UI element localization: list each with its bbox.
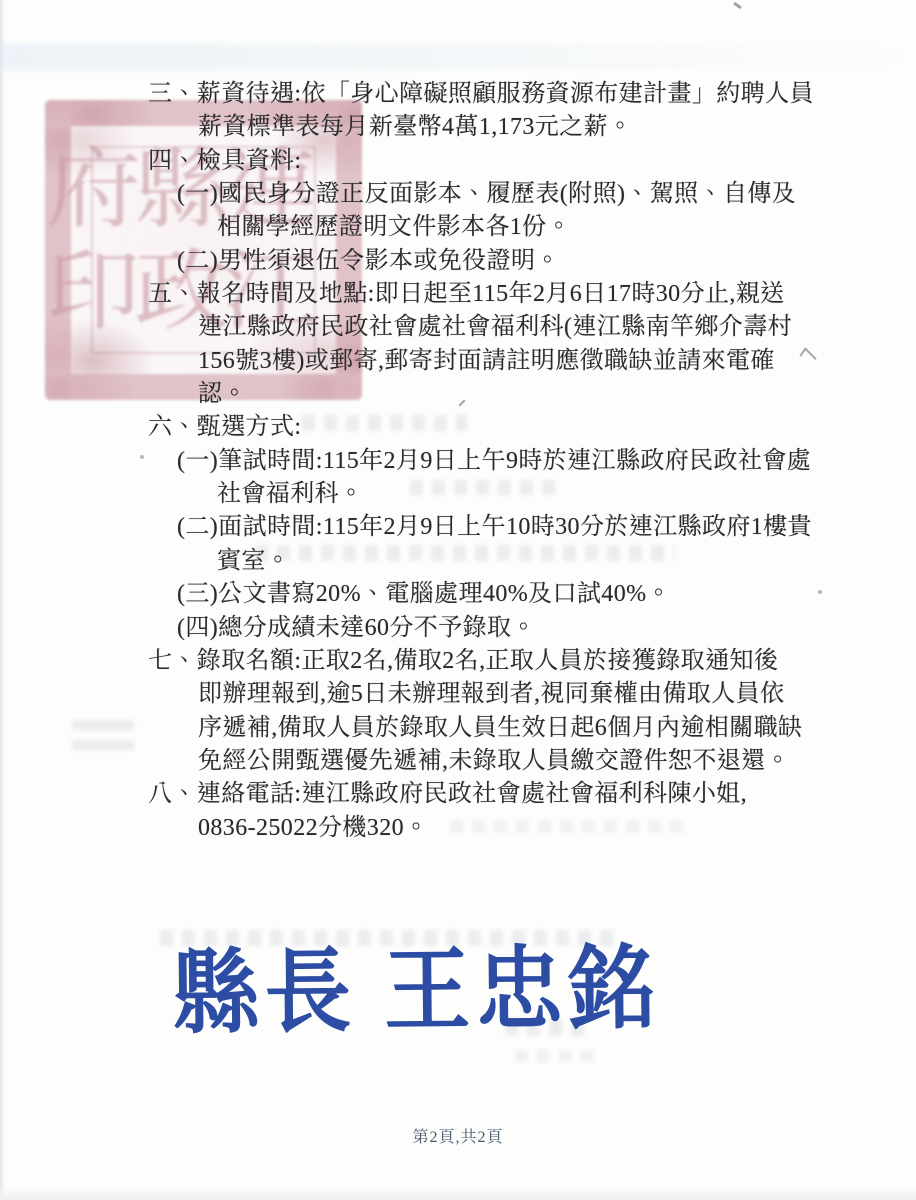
text-line: 七、錄取名額:正取2名,備取2名,正取人員於接獲錄取通知後 xyxy=(148,645,878,678)
text-line: (一)筆試時間:115年2月9日上午9時於連江縣政府民政社會處 xyxy=(177,445,878,478)
text-line: 相關學經歷證明文件影本各1份。 xyxy=(217,211,878,244)
text-line: (二)面試時間:115年2月9日上午10時30分於連江縣政府1樓貴 xyxy=(177,511,878,544)
text-line: 八、連絡電話:連江縣政府民政社會處社會福利科陳小姐, xyxy=(148,778,878,811)
text-line: (二)男性須退伍令影本或免役證明。 xyxy=(177,245,878,278)
text-line: 0836-25022分機320。 xyxy=(198,812,878,845)
scan-tint-band xyxy=(0,44,916,70)
text-line: (一)國民身分證正反面影本、履歷表(附照)、駕照、自傳及 xyxy=(177,178,878,211)
text-line: 薪資標準表每月新臺幣4萬1,173元之薪。 xyxy=(198,111,878,144)
magistrate-signature: 縣長 王忠銘 xyxy=(172,943,661,1040)
text-line: 四、檢具資料: xyxy=(148,145,878,178)
text-line: 156號3樓)或郵寄,郵寄封面請註明應徵職缺並請來電確 xyxy=(198,345,878,378)
text-line: 連江縣政府民政社會處社會福利科(連江縣南竿鄉介壽村 xyxy=(198,311,878,344)
scan-edge-bottom xyxy=(0,1186,916,1200)
bleedthrough-artifact xyxy=(515,1050,595,1062)
text-line: 認。 xyxy=(198,378,878,411)
text-line: (三)公文書寫20%、電腦處理40%及口試40%。 xyxy=(177,578,878,611)
text-line: 即辦理報到,逾5日未辦理報到者,視同棄權由備取人員依 xyxy=(198,678,878,711)
document-body: 三、薪資待遇:依「身心障礙照顧服務資源布建計畫」約聘人員薪資標準表每月新臺幣4萬… xyxy=(148,78,878,845)
text-line: 免經公開甄選優先遞補,未錄取人員繳交證件恕不退還。 xyxy=(198,745,878,778)
text-line: 六、甄選方式: xyxy=(148,411,878,444)
text-line: 賓室。 xyxy=(217,545,878,578)
text-line: 三、薪資待遇:依「身心障礙照顧服務資源布建計畫」約聘人員 xyxy=(148,78,878,111)
scan-speck xyxy=(733,2,742,10)
text-line: (四)總分成績未達60分不予錄取。 xyxy=(177,612,878,645)
scan-edge-left xyxy=(0,0,5,1200)
bleedthrough-artifact xyxy=(72,710,134,750)
scan-speck xyxy=(818,590,822,594)
page-number: 第2頁,共2頁 xyxy=(0,1124,916,1147)
scanned-document-page: 連江縣政府印 三、薪資待遇:依「身心障礙照顧服務資源布建計畫」約聘人員薪資標準表… xyxy=(0,0,916,1200)
stamp-seal-column: 府印 xyxy=(36,142,131,358)
text-line: 五、報名時間及地點:即日起至115年2月6日17時30分止,親送 xyxy=(148,278,878,311)
scan-speck xyxy=(140,455,144,459)
text-line: 社會福利科。 xyxy=(217,478,878,511)
text-line: 序遞補,備取人員於錄取人員生效日起6個月內逾相關職缺 xyxy=(198,712,878,745)
